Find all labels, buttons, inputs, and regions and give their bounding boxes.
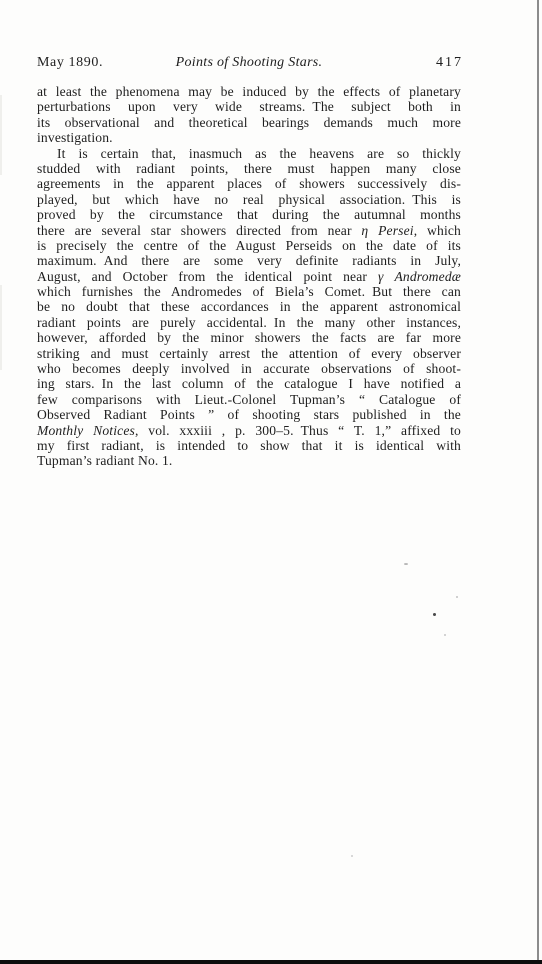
text-segment: there are several star showers directed …	[37, 223, 361, 238]
text-segment: investigation.	[37, 130, 113, 145]
text-segment: however, afforded by the minor showers t…	[37, 330, 461, 345]
text-segment: , which	[414, 223, 461, 238]
text-line: studded with radiant points, there must …	[37, 161, 461, 176]
text-line: which furnishes the Andromedes of Biela’…	[37, 284, 461, 299]
text-line: It is certain that, inasmuch as the heav…	[37, 146, 461, 161]
text-segment: proved by the circumstance that during t…	[37, 207, 461, 222]
text-segment: at least the phenomena may be induced by…	[37, 84, 461, 99]
scanned-page: May 1890. Points of Shooting Stars. 417 …	[0, 0, 542, 964]
text-segment: Observed Radiant Points ” of shooting st…	[37, 407, 461, 422]
text-segment: perturbations upon very wide streams. Th…	[37, 99, 461, 114]
scan-speck	[444, 634, 446, 636]
page-header: May 1890. Points of Shooting Stars. 417	[37, 55, 461, 72]
text-segment: Tupman’s radiant No. 1.	[37, 453, 172, 468]
italic-segment: η Persei	[361, 223, 413, 238]
header-running-title: Points of Shooting Stars.	[37, 55, 461, 71]
scan-speck	[351, 855, 353, 857]
text-line: who becomes deeply involved in accurate …	[37, 361, 461, 376]
text-segment: ing stars. In the last column of the cat…	[37, 376, 461, 391]
text-segment: my first radiant, is intended to show th…	[37, 438, 461, 453]
text-line: played, but which have no real physical …	[37, 192, 461, 207]
scan-speck	[456, 596, 458, 598]
text-segment: few comparisons with Lieut.-Colonel Tupm…	[37, 392, 461, 407]
scan-bottom-bar	[0, 960, 542, 964]
text-segment: agreements in the apparent places of sho…	[37, 176, 461, 191]
text-line: August, and October from the identical p…	[37, 269, 461, 284]
text-line: my first radiant, is intended to show th…	[37, 438, 461, 453]
text-segment: its observational and theoretical bearin…	[37, 115, 461, 130]
text-segment: studded with radiant points, there must …	[37, 161, 461, 176]
text-segment: played, but which have no real physical …	[37, 192, 461, 207]
text-line: be no doubt that these accordances in th…	[37, 299, 461, 314]
scan-speck	[404, 563, 408, 565]
text-segment: It is certain that, inasmuch as the heav…	[57, 146, 461, 161]
text-line: ing stars. In the last column of the cat…	[37, 376, 461, 391]
text-line: Tupman’s radiant No. 1.	[37, 453, 461, 468]
text-line: striking and must certainly arrest the a…	[37, 346, 461, 361]
text-segment: be no doubt that these accordances in th…	[37, 299, 461, 314]
text-line: Monthly Notices, vol. xxxiii , p. 300–5.…	[37, 423, 461, 438]
text-line: investigation.	[37, 130, 461, 145]
text-line: is precisely the centre of the August Pe…	[37, 238, 461, 253]
text-block: at least the phenomena may be induced by…	[37, 84, 461, 469]
text-segment: which furnishes the Andromedes of Biela’…	[37, 284, 461, 299]
text-line: few comparisons with Lieut.-Colonel Tupm…	[37, 392, 461, 407]
text-line: its observational and theoretical bearin…	[37, 115, 461, 130]
header-page-number: 417	[436, 55, 463, 71]
text-segment: who becomes deeply involved in accurate …	[37, 361, 461, 376]
text-segment: radiant points are purely accidental. In…	[37, 315, 461, 330]
text-line: agreements in the apparent places of sho…	[37, 176, 461, 191]
scan-speck	[0, 95, 2, 175]
text-line: Observed Radiant Points ” of shooting st…	[37, 407, 461, 422]
scan-speck	[0, 285, 2, 370]
text-line: however, afforded by the minor showers t…	[37, 330, 461, 345]
text-line: perturbations upon very wide streams. Th…	[37, 99, 461, 114]
text-segment: striking and must certainly arrest the a…	[37, 346, 461, 361]
text-line: at least the phenomena may be induced by…	[37, 84, 461, 99]
scan-speck	[433, 613, 436, 616]
text-line: maximum. And there are some very definit…	[37, 253, 461, 268]
text-line: there are several star showers directed …	[37, 223, 461, 238]
italic-segment: Monthly Notices	[37, 423, 135, 438]
italic-segment: γ Andromedæ	[378, 269, 461, 284]
text-segment: , vol. xxxiii , p. 300–5. Thus “ T. 1,” …	[135, 423, 461, 438]
text-line: proved by the circumstance that during t…	[37, 207, 461, 222]
text-segment: maximum. And there are some very definit…	[37, 253, 461, 268]
scan-edge-right	[537, 0, 539, 960]
text-line: radiant points are purely accidental. In…	[37, 315, 461, 330]
text-segment: August, and October from the identical p…	[37, 269, 378, 284]
text-segment: is precisely the centre of the August Pe…	[37, 238, 461, 253]
